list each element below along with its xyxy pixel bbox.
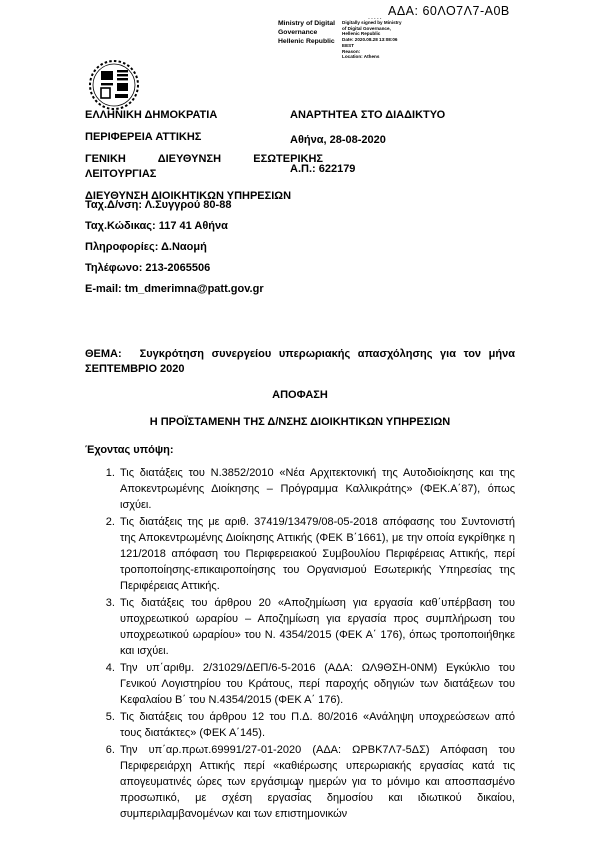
consideration-item-4: Την υπ΄αριθμ. 2/31029/ΔΕΠ/6-5-2016 (ΑΔΑ:…	[118, 660, 515, 708]
signature-ministry-name: Ministry of Digital Governance Hellenic …	[278, 20, 335, 46]
subject-text: Συγκρότηση συνεργείου υπερωριακής απασχό…	[85, 348, 515, 375]
signature-details: Digitally signed by Ministry of Digital …	[342, 20, 442, 60]
digital-signature-block: Ministry of Digital Governance Hellenic …	[278, 20, 442, 60]
subject-label: ΘΕΜΑ:	[85, 348, 140, 360]
contact-email: E-mail: tm_dmerimna@patt.gov.gr	[85, 282, 345, 297]
contact-block: Ταχ.Δ/νση: Λ.Συγγρού 80-88 Ταχ.Κώδικας: …	[85, 198, 345, 303]
decision-authority: Η ΠΡΟΪΣΤΑΜΕΝΗ ΤΗΣ Δ/ΝΣΗΣ ΔΙΟΙΚΗΤΙΚΩΝ ΥΠΗ…	[85, 415, 515, 430]
org-line-general-directorate: ΓΕΝΙΚΗ ΔΙΕΥΘΥΝΣΗ ΕΣΩΤΕΡΙΚΗΣ ΛΕΙΤΟΥΡΓΙΑΣ	[85, 152, 323, 182]
right-header-block: ΑΝΑΡΤΗΤΕΑ ΣΤΟ ΔΙΑΔΙΚΤΥΟ Αθήνα, 28-08-202…	[290, 109, 525, 175]
document-body: ΘΕΜΑ:Συγκρότηση συνεργείου υπερωριακής α…	[85, 347, 515, 823]
contact-address: Ταχ.Δ/νση: Λ.Συγγρού 80-88	[85, 198, 345, 213]
contact-telephone: Τηλέφωνο: 213-2065506	[85, 261, 345, 276]
contact-postal-code: Ταχ.Κώδικας: 117 41 Αθήνα	[85, 219, 345, 234]
org-line-region: ΠΕΡΙΦΕΡΕΙΑ ΑΤΤΙΚΗΣ	[85, 130, 323, 145]
consideration-item-2: Τις διατάξεις της με αριθ. 37419/13479/0…	[118, 514, 515, 594]
consideration-item-5: Τις διατάξεις του άρθρου 12 του Π.Δ. 80/…	[118, 709, 515, 741]
contact-information: Πληροφορίες: Δ.Ναομή	[85, 240, 345, 255]
protocol-number: Α.Π.: 622179	[290, 163, 525, 175]
subject-paragraph: ΘΕΜΑ:Συγκρότηση συνεργείου υπερωριακής α…	[85, 347, 515, 377]
ada-code: ΑΔΑ: 60ΛΟ7Λ7-Α0Β	[388, 4, 510, 18]
document-page: ..... ΑΔΑ: 60ΛΟ7Λ7-Α0Β Ministry of Digit…	[0, 0, 595, 842]
having-regard-label: Έχοντας υπόψη:	[85, 443, 515, 458]
page-number: 1	[0, 781, 595, 793]
consideration-item-1: Τις διατάξεις του Ν.3852/2010 «Νέα Αρχιτ…	[118, 465, 515, 513]
publish-notice: ΑΝΑΡΤΗΤΕΑ ΣΤΟ ΔΙΑΔΙΚΤΥΟ	[290, 109, 525, 121]
place-and-date: Αθήνα, 28-08-2020	[290, 134, 525, 146]
consideration-item-3: Τις διατάξεις του άρθρου 20 «Αποζημίωση …	[118, 595, 515, 659]
org-line-republic: ΕΛΛΗΝΙΚΗ ΔΗΜΟΚΡΑΤΙΑ	[85, 108, 323, 123]
letterhead-org-block: ΕΛΛΗΝΙΚΗ ΔΗΜΟΚΡΑΤΙΑ ΠΕΡΙΦΕΡΕΙΑ ΑΤΤΙΚΗΣ Γ…	[85, 108, 323, 211]
considerations-list: Τις διατάξεις του Ν.3852/2010 «Νέα Αρχιτ…	[85, 465, 515, 822]
decision-title: ΑΠΟΦΑΣΗ	[85, 388, 515, 403]
